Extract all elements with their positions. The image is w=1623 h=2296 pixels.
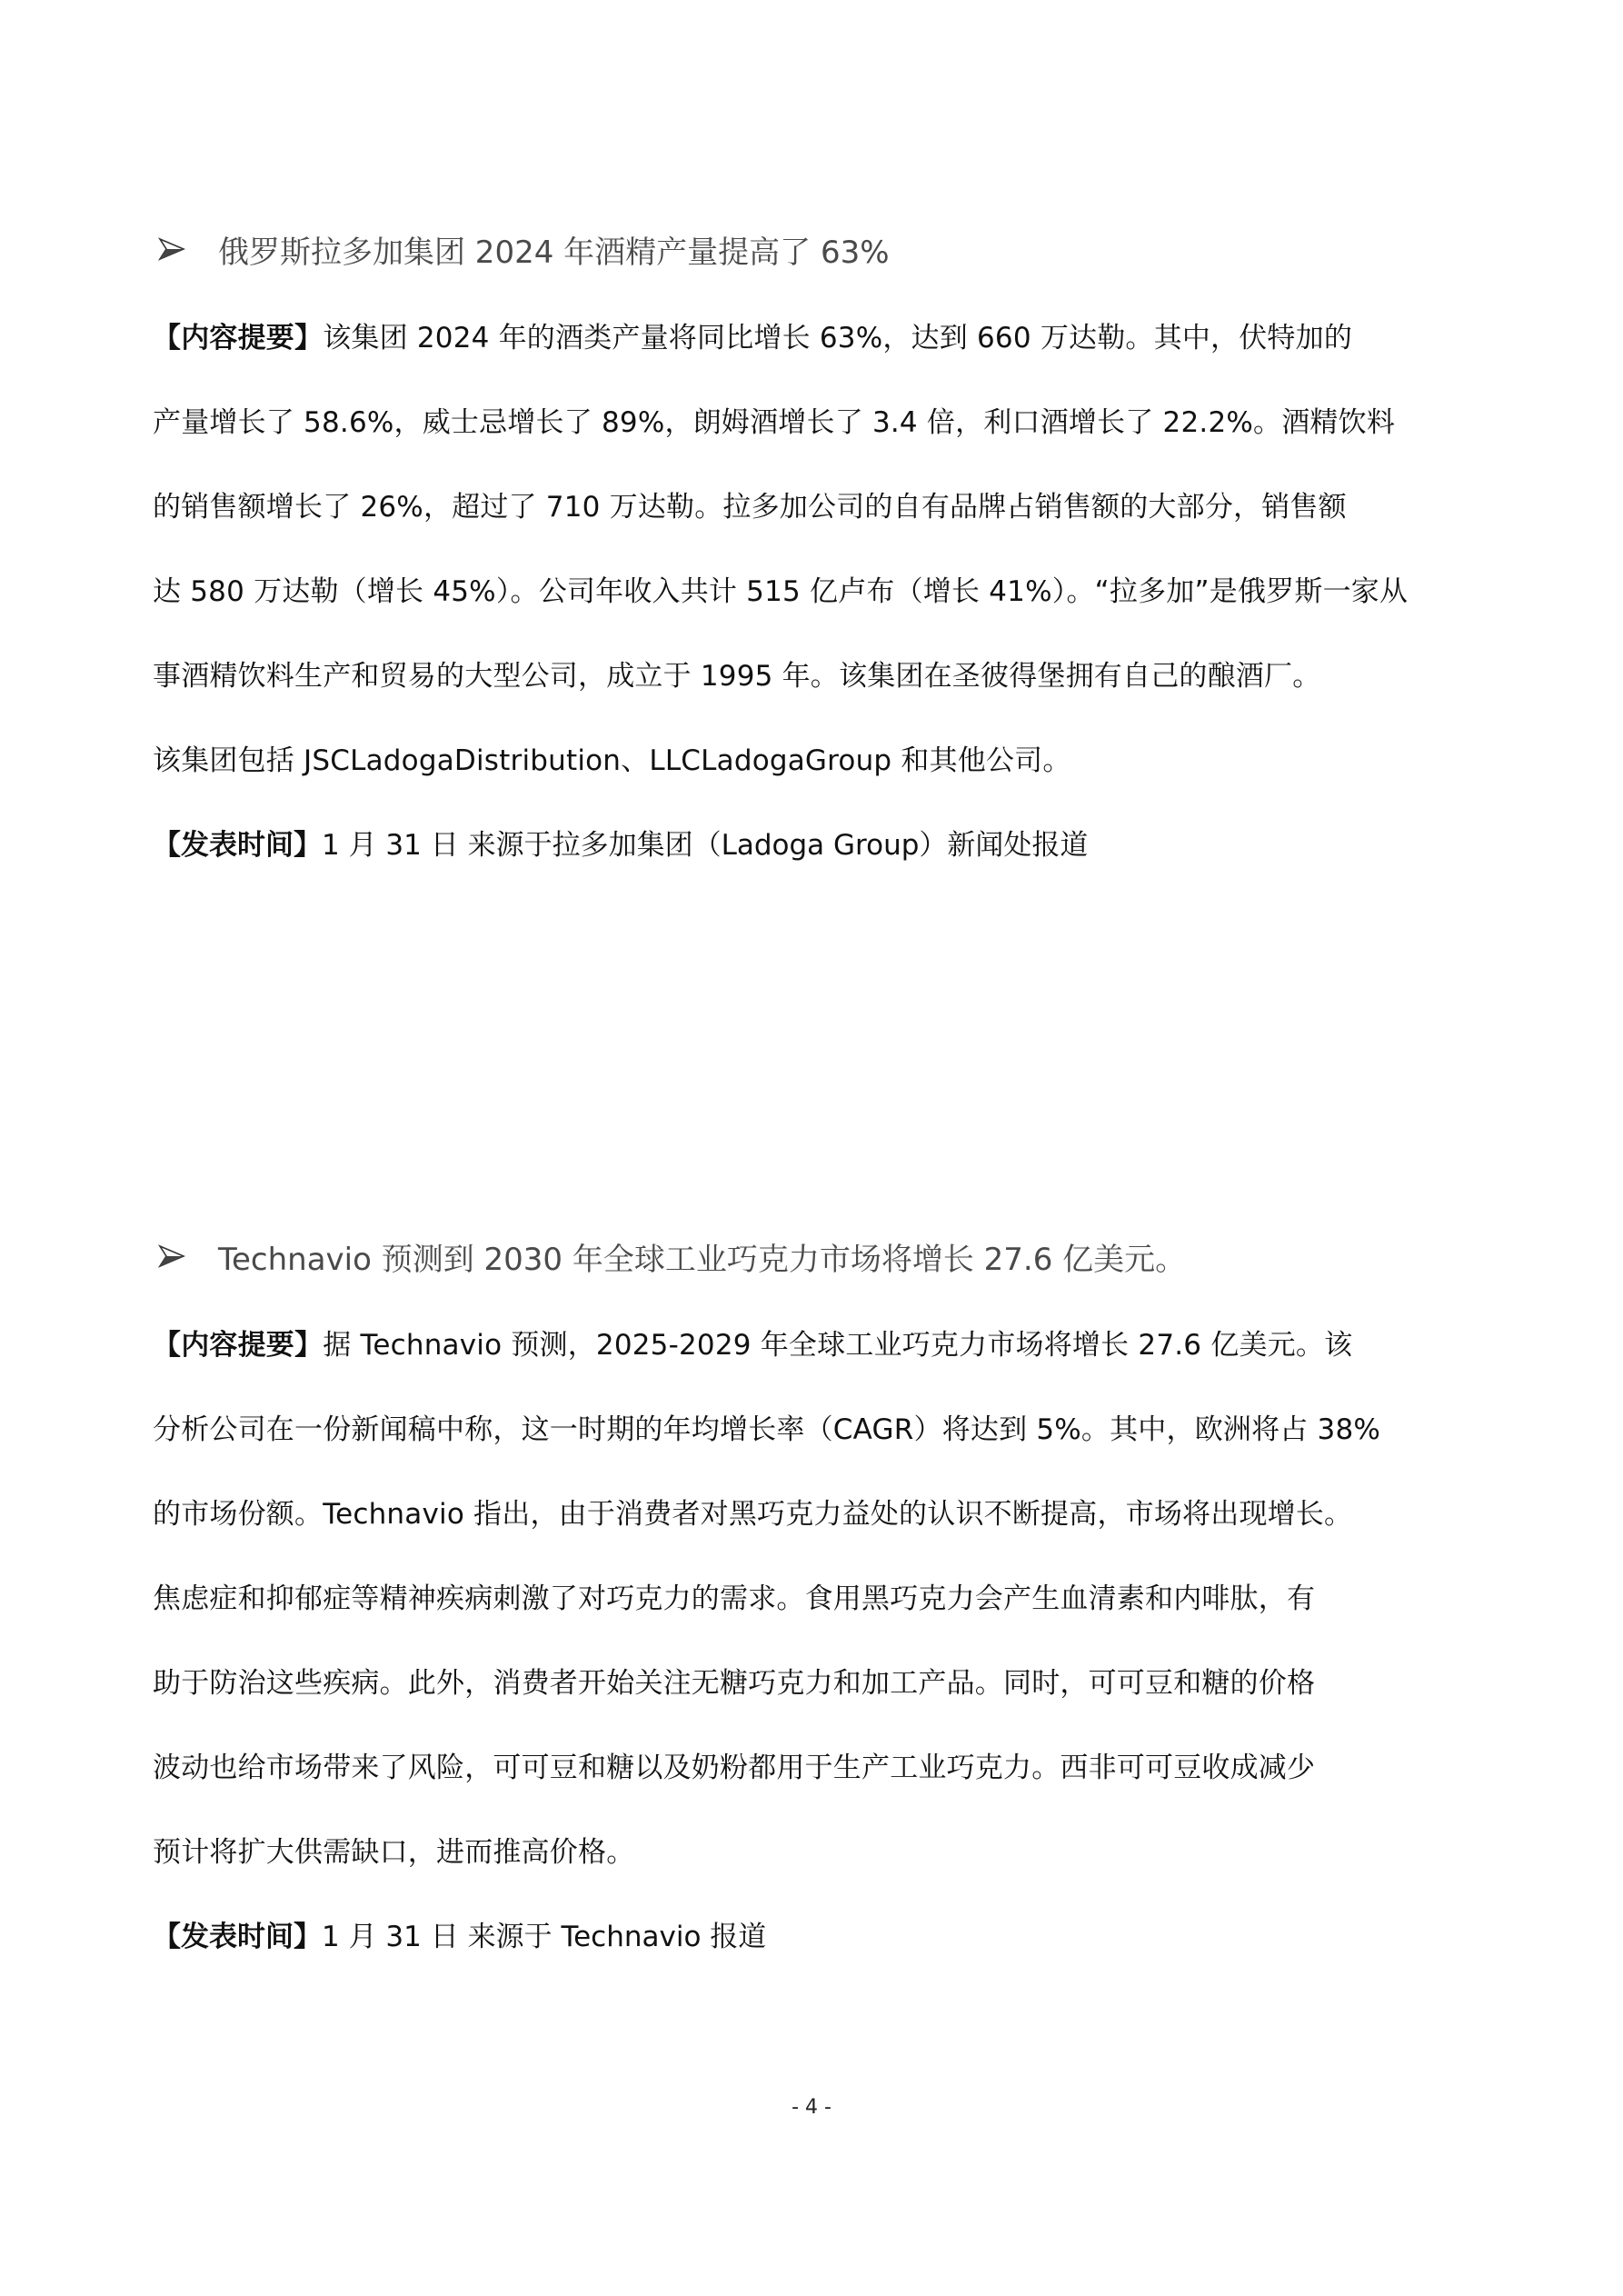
article-technavio: Technavio 预测到 2030 年全球工业巧克力市场将增长 27.6 亿美…	[153, 1229, 1489, 1980]
summary-line: 波动也给市场带来了风险，可可豆和糖以及奶粉都用于生产工业巧克力。西非可可豆收成减…	[153, 1726, 1489, 1811]
publish-label: 【发表时间】	[153, 1921, 322, 1953]
summary-line: 预计将扩大供需缺口，进而推高价格。	[153, 1811, 1489, 1895]
summary-line: 事酒精饮料生产和贸易的大型公司，成立于 1995 年。该集团在圣彼得堡拥有自己的…	[153, 634, 1489, 719]
summary-line: 达 580 万达勒（增长 45%）。公司年收入共计 515 亿卢布（增长 41%…	[153, 550, 1489, 634]
article-ladoga: 俄罗斯拉多加集团 2024 年酒精产量提高了 63% 【内容提要】该集团 202…	[153, 222, 1489, 888]
summary-line: 焦虑症和抑郁症等精神疾病刺激了对巧克力的需求。食用黑巧克力会产生血清素和内啡肽，…	[153, 1557, 1489, 1642]
summary-line: 该集团包括 JSCLadogaDistribution、LLCLadogaGro…	[153, 719, 1489, 804]
article-title: 俄罗斯拉多加集团 2024 年酒精产量提高了 63%	[218, 227, 890, 272]
summary-line: 产量增长了 58.6%，威士忌增长了 89%，朗姆酒增长了 3.4 倍，利口酒增…	[153, 381, 1489, 465]
summary-label: 【内容提要】	[153, 1329, 323, 1362]
document-page: 俄罗斯拉多加集团 2024 年酒精产量提高了 63% 【内容提要】该集团 202…	[0, 0, 1623, 2296]
summary-line: 分析公司在一份新闻稿中称，这一时期的年均增长率（CAGR）将达到 5%。其中，欧…	[153, 1388, 1489, 1472]
arrowhead-bullet-icon	[158, 1243, 185, 1270]
publish-label: 【发表时间】	[153, 829, 322, 862]
summary-line: 助于防治这些疾病。此外，消费者开始关注无糖巧克力和加工产品。同时，可可豆和糖的价…	[153, 1642, 1489, 1726]
summary-line: 的销售额增长了 26%，超过了 710 万达勒。拉多加公司的自有品牌占销售额的大…	[153, 465, 1489, 550]
summary-line: 【内容提要】该集团 2024 年的酒类产量将同比增长 63%，达到 660 万达…	[153, 296, 1489, 381]
summary-label: 【内容提要】	[153, 322, 323, 354]
article-heading: 俄罗斯拉多加集团 2024 年酒精产量提高了 63%	[153, 222, 1489, 276]
article-title: Technavio 预测到 2030 年全球工业巧克力市场将增长 27.6 亿美…	[218, 1234, 1186, 1279]
summary-line: 的市场份额。Technavio 指出，由于消费者对黑巧克力益处的认识不断提高，市…	[153, 1472, 1489, 1557]
summary-line: 【内容提要】据 Technavio 预测，2025-2029 年全球工业巧克力市…	[153, 1303, 1489, 1388]
arrowhead-bullet-icon	[158, 235, 185, 263]
article-heading: Technavio 预测到 2030 年全球工业巧克力市场将增长 27.6 亿美…	[153, 1229, 1489, 1283]
publish-info: 【发表时间】1 月 31 日 来源于拉多加集团（Ladoga Group）新闻处…	[153, 804, 1489, 888]
publish-text: 1 月 31 日 来源于 Technavio 报道	[322, 1921, 766, 1953]
article-summary: 【内容提要】该集团 2024 年的酒类产量将同比增长 63%，达到 660 万达…	[153, 296, 1489, 804]
publish-text: 1 月 31 日 来源于拉多加集团（Ladoga Group）新闻处报道	[322, 829, 1088, 862]
article-summary: 【内容提要】据 Technavio 预测，2025-2029 年全球工业巧克力市…	[153, 1303, 1489, 1895]
publish-info: 【发表时间】1 月 31 日 来源于 Technavio 报道	[153, 1895, 1489, 1980]
page-number: - 4 -	[0, 2096, 1623, 2119]
